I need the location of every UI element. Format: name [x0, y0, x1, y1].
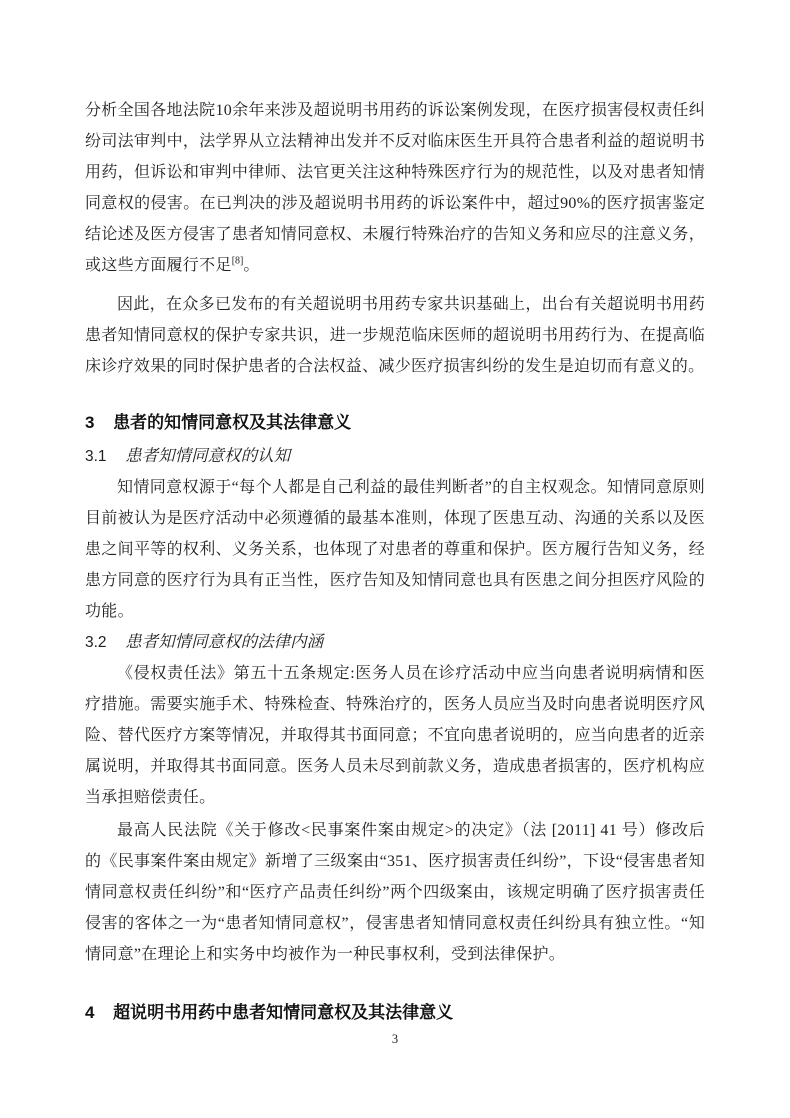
paragraph-text-tail: 。	[243, 257, 259, 274]
section-3-number: 3	[85, 408, 94, 438]
section-3-1-heading: 3.1患者知情同意权的认知	[85, 441, 705, 472]
section-3-1-title: 患者知情同意权的认知	[125, 446, 290, 465]
section-4-title: 超说明书用药中患者知情同意权及其法律意义	[113, 1003, 453, 1022]
section-3-2-title: 患者知情同意权的法律内涵	[125, 632, 323, 651]
section-3-2-heading: 3.2患者知情同意权的法律内涵	[85, 627, 705, 658]
section-3-2-number: 3.2	[85, 628, 107, 658]
paragraph-text: 分析全国各地法院10余年来涉及超说明书用药的诉讼案例发现，在医疗损害侵权责任纠纷…	[85, 102, 705, 274]
paragraph-litigation-analysis: 分析全国各地法院10余年来涉及超说明书用药的诉讼案例发现，在医疗损害侵权责任纠纷…	[85, 95, 705, 281]
section-3-heading: 3患者的知情同意权及其法律意义	[85, 408, 705, 438]
page-number: 3	[85, 1031, 705, 1047]
section-4-number: 4	[85, 998, 94, 1028]
citation-reference-8: [8]	[232, 256, 244, 267]
paragraph-supreme-court-provisions: 最高人民法院《关于修改<民事案件案由规定>的决定》（法 [2011] 41 号）…	[85, 815, 705, 970]
document-page: 分析全国各地法院10余年来涉及超说明书用药的诉讼案例发现，在医疗损害侵权责任纠纷…	[0, 0, 790, 1118]
paragraph-tort-liability-law: 《侵权责任法》第五十五条规定:医务人员在诊疗活动中应当向患者说明病情和医疗措施。…	[85, 658, 705, 813]
section-3-title: 患者的知情同意权及其法律意义	[113, 413, 351, 432]
paragraph-consensus-proposal: 因此，在众多已发布的有关超说明书用药专家共识基础上，出台有关超说明书用药患者知情…	[85, 289, 705, 382]
section-3-1-number: 3.1	[85, 442, 107, 472]
paragraph-informed-consent-concept: 知情同意权源于“每个人都是自己利益的最佳判断者”的自主权观念。知情同意原则目前被…	[85, 472, 705, 627]
section-4-heading: 4超说明书用药中患者知情同意权及其法律意义	[85, 998, 705, 1028]
